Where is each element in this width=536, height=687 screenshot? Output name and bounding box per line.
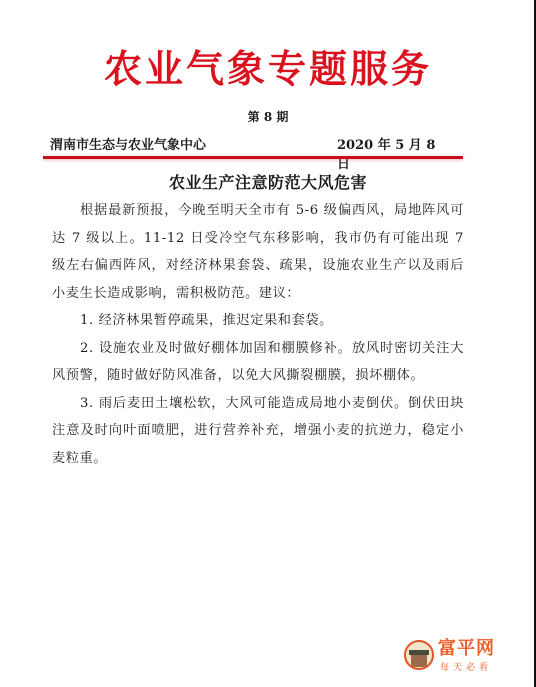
header-divider [43, 156, 463, 159]
city-gate-logo-icon [404, 640, 434, 670]
paragraph-advice-1: 1. 经济林果暂停疏果，推迟定果和套袋。 [52, 307, 464, 335]
watermark-slogan: 每天必看 [440, 660, 492, 673]
publisher-row: 渭南市生态与农业气象中心 2020 年 5 月 8 日 [50, 134, 440, 154]
masthead-title: 农业气象专题服务 [0, 42, 536, 96]
paragraph-advice-3: 3. 雨后麦田土壤松软，大风可能造成局地小麦倒伏。倒伏田块注意及时向叶面喷肥，进… [52, 390, 464, 473]
paragraph-advice-2: 2. 设施农业及时做好棚体加固和棚膜修补。放风时密切关注大风预警，随时做好防风准… [52, 335, 464, 390]
article-title: 农业生产注意防范大风危害 [0, 170, 536, 193]
watermark: 富平网 每天必看 [404, 638, 514, 674]
issue-number: 第 8 期 [0, 108, 536, 125]
publish-date: 2020 年 5 月 8 日 [337, 134, 440, 172]
paragraph-intro: 根据最新预报，今晚至明天全市有 5-6 级偏西风，局地阵风可达 7 级以上。11… [52, 197, 464, 307]
article-body: 根据最新预报，今晚至明天全市有 5-6 级偏西风，局地阵风可达 7 级以上。11… [52, 197, 464, 472]
watermark-name: 富平网 [438, 638, 495, 660]
organization-name: 渭南市生态与农业气象中心 [50, 134, 206, 153]
